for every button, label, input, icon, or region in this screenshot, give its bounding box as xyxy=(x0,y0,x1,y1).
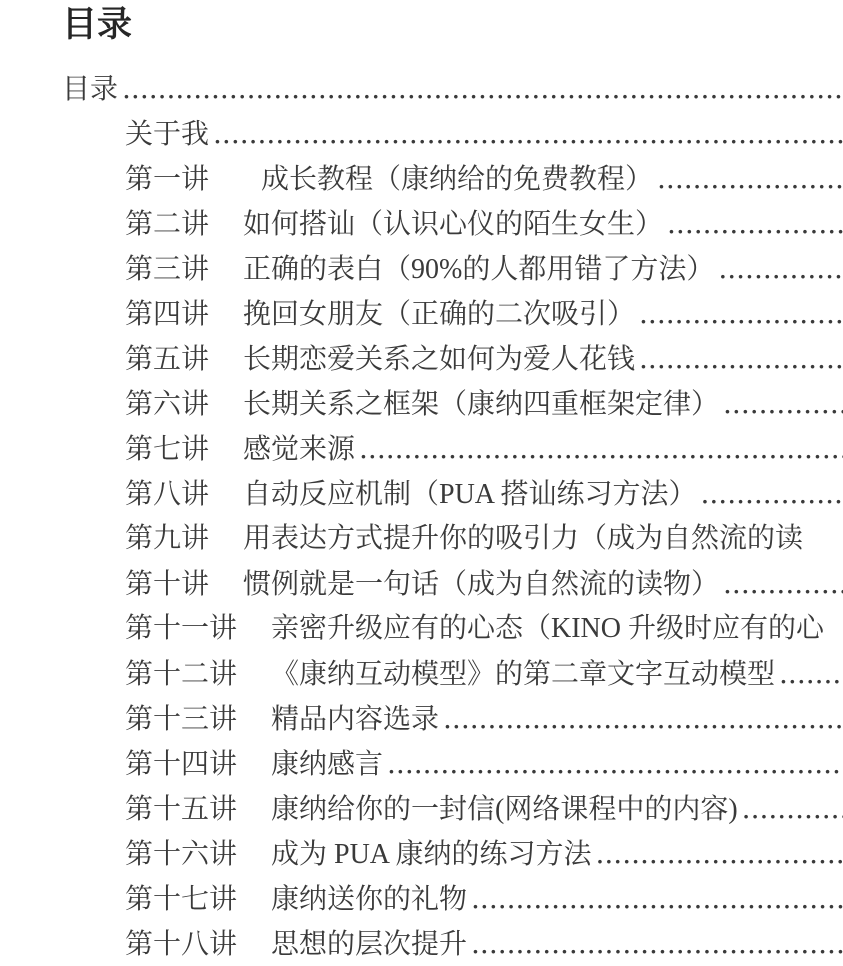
toc-entry-title: 如何搭讪（认识心仪的陌生女生） xyxy=(243,202,663,247)
toc-entry[interactable]: 第七讲感觉来源.................................… xyxy=(0,426,843,471)
dot-leader: ........................................… xyxy=(439,696,843,741)
toc-entry[interactable]: 第十六讲成为 PUA 康纳的练习方法......................… xyxy=(0,831,843,876)
toc-entry-title: 《康纳互动模型》的第二章文字互动模型 xyxy=(271,652,775,697)
toc-entry-title: 长期恋爱关系之如何为爱人花钱 xyxy=(243,337,635,382)
toc-entry-chapter-label: 第十四讲 xyxy=(125,742,237,787)
dot-leader: ........................................… xyxy=(714,246,843,291)
toc-entry-chapter-label: 第三讲 xyxy=(125,247,209,292)
dot-leader: ........................................… xyxy=(467,921,843,966)
dot-leader: ........................................… xyxy=(663,201,843,246)
toc-entry-title: 惯例就是一句话（成为自然流的读物） xyxy=(243,562,719,607)
toc-entry-chapter-label: 第五讲 xyxy=(125,337,209,382)
toc-entry[interactable]: 第十八讲思想的层次提升.............................… xyxy=(0,921,843,966)
dot-leader: ........................................… xyxy=(383,741,843,786)
toc-entry[interactable]: 第一讲成长教程（康纳给的免费教程）.......................… xyxy=(0,156,843,201)
toc-entry[interactable]: 第十二讲《康纳互动模型》的第二章文字互动模型..................… xyxy=(0,651,843,696)
toc-entry-chapter-label: 第十七讲 xyxy=(125,877,237,922)
toc-entry-title: 成长教程（康纳给的免费教程） xyxy=(261,157,653,202)
dot-leader: ........................................… xyxy=(467,876,843,921)
dot-leader: ........................................… xyxy=(118,66,843,111)
toc-entry-title: 精品内容选录 xyxy=(271,697,439,742)
dot-leader: ........................................… xyxy=(738,786,843,831)
dot-leader: ........................................… xyxy=(775,651,843,696)
toc-entry-chapter-label: 第六讲 xyxy=(125,382,209,427)
toc-entry-title: 关于我 xyxy=(125,112,209,157)
toc-entry-chapter-label: 第二讲 xyxy=(125,202,209,247)
toc-entry[interactable]: 第八讲自动反应机制（PUA 搭讪练习方法）...................… xyxy=(0,471,843,516)
table-of-contents: 目录......................................… xyxy=(0,66,843,966)
toc-entry-title: 正确的表白（90%的人都用错了方法） xyxy=(243,247,714,292)
toc-entry[interactable]: 第十三讲精品内容选录..............................… xyxy=(0,696,843,741)
toc-entry[interactable]: 第四讲挽回女朋友（正确的二次吸引）.......................… xyxy=(0,291,843,336)
toc-entry-chapter-label: 第十五讲 xyxy=(125,787,237,832)
toc-entry-chapter-label: 第九讲 xyxy=(125,516,209,561)
toc-entry-chapter-label: 第十三讲 xyxy=(125,697,237,742)
toc-entry-chapter-label: 第七讲 xyxy=(125,427,209,472)
toc-entry-title: 亲密升级应有的心态（KINO 升级时应有的心 xyxy=(271,606,824,651)
dot-leader: ........................................… xyxy=(592,831,843,876)
toc-entry-title: 用表达方式提升你的吸引力（成为自然流的读 xyxy=(243,516,803,561)
toc-entry-chapter-label: 第十二讲 xyxy=(125,652,237,697)
toc-entry[interactable]: 第十七讲康纳送你的礼物.............................… xyxy=(0,876,843,921)
dot-leader: ........................................… xyxy=(719,561,843,606)
toc-entry-title: 思想的层次提升 xyxy=(271,922,467,966)
toc-entry-chapter-label: 第十八讲 xyxy=(125,922,237,966)
toc-entry-title: 长期关系之框架（康纳四重框架定律） xyxy=(243,382,719,427)
toc-entry[interactable]: 关于我.....................................… xyxy=(0,111,843,156)
dot-leader: ........................................… xyxy=(635,291,843,336)
toc-entry-chapter-label: 第十六讲 xyxy=(125,832,237,877)
toc-entry-title: 自动反应机制（PUA 搭讪练习方法） xyxy=(243,472,696,517)
dot-leader: ........................................… xyxy=(697,471,843,516)
toc-entry-title: 感觉来源 xyxy=(243,427,355,472)
toc-entry[interactable]: 第九讲用表达方式提升你的吸引力（成为自然流的读 xyxy=(0,516,843,561)
toc-entry-title: 成为 PUA 康纳的练习方法 xyxy=(271,832,591,877)
dot-leader: ........................................… xyxy=(355,426,843,471)
page-title: 目录 xyxy=(0,0,843,48)
toc-entry-title: 康纳给你的一封信(网络课程中的内容) xyxy=(271,787,738,832)
toc-entry-chapter-label: 第四讲 xyxy=(125,292,209,337)
toc-entry[interactable]: 目录......................................… xyxy=(0,66,843,111)
dot-leader: ........................................… xyxy=(209,111,843,156)
dot-leader: ........................................… xyxy=(653,156,843,201)
toc-entry-title: 目录 xyxy=(62,67,118,112)
dot-leader: ........................................… xyxy=(635,336,843,381)
toc-entry-title: 康纳感言 xyxy=(271,742,383,787)
toc-entry[interactable]: 第五讲长期恋爱关系之如何为爱人花钱.......................… xyxy=(0,336,843,381)
toc-entry-chapter-label: 第八讲 xyxy=(125,472,209,517)
toc-entry-chapter-label: 第十讲 xyxy=(125,562,209,607)
toc-entry-chapter-label: 第十一讲 xyxy=(125,606,237,651)
toc-entry[interactable]: 第六讲长期关系之框架（康纳四重框架定律）....................… xyxy=(0,381,843,426)
toc-entry-title: 挽回女朋友（正确的二次吸引） xyxy=(243,292,635,337)
toc-entry[interactable]: 第二讲如何搭讪（认识心仪的陌生女生）......................… xyxy=(0,201,843,246)
document-page: 目录 目录...................................… xyxy=(0,0,843,966)
toc-entry[interactable]: 第十讲惯例就是一句话（成为自然流的读物）....................… xyxy=(0,561,843,606)
dot-leader: ........................................… xyxy=(719,381,843,426)
toc-entry[interactable]: 第三讲正确的表白（90%的人都用错了方法）...................… xyxy=(0,246,843,291)
toc-entry-title: 康纳送你的礼物 xyxy=(271,877,467,922)
toc-entry[interactable]: 第十四讲康纳感言................................… xyxy=(0,741,843,786)
toc-entry[interactable]: 第十五讲康纳给你的一封信(网络课程中的内容)..................… xyxy=(0,786,843,831)
toc-entry[interactable]: 第十一讲亲密升级应有的心态（KINO 升级时应有的心 xyxy=(0,606,843,651)
toc-entry-chapter-label: 第一讲 xyxy=(125,157,209,202)
